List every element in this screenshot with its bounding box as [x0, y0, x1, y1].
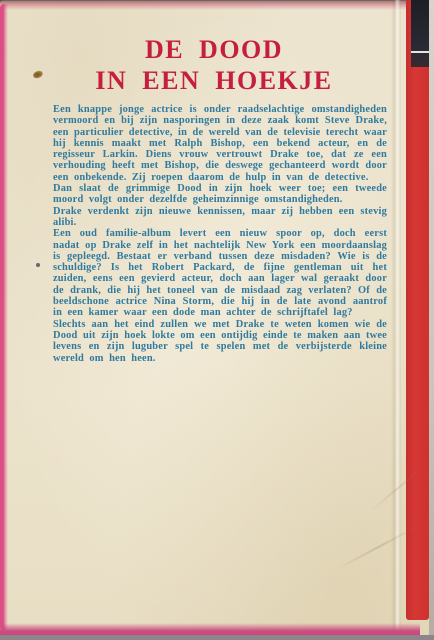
blurb-paragraph: Dan slaat de grimmige Dood in zijn hoek … — [53, 183, 387, 206]
book-back-cover-photo: DE DOOD IN EEN HOEKJE Een knappe jonge a… — [0, 0, 434, 640]
right-page-edge — [429, 0, 434, 636]
book-title-line2: IN EEN HOEKJE — [30, 65, 398, 96]
blurb-paragraph: Een knappe jonge actrice is onder raadse… — [53, 104, 387, 183]
photo-backdrop — [0, 635, 434, 640]
book-title-line1: DE DOOD — [30, 34, 398, 65]
back-cover-blurb: Een knappe jonge actrice is onder raadse… — [53, 104, 387, 364]
blurb-paragraph: Slechts aan het eind zullen we met Drake… — [53, 319, 387, 364]
paper-speck — [36, 263, 40, 267]
spine-black-band — [411, 0, 429, 67]
book-title: DE DOOD IN EEN HOEKJE — [30, 34, 398, 96]
spine-white-line — [411, 51, 429, 53]
blurb-paragraph: Drake verdenkt zijn nieuwe kennissen, ma… — [53, 206, 387, 229]
top-painted-edge — [0, 0, 418, 10]
left-painted-edge — [0, 4, 8, 632]
blurb-paragraph: Een oud familie-album levert een nieuw s… — [53, 228, 387, 318]
